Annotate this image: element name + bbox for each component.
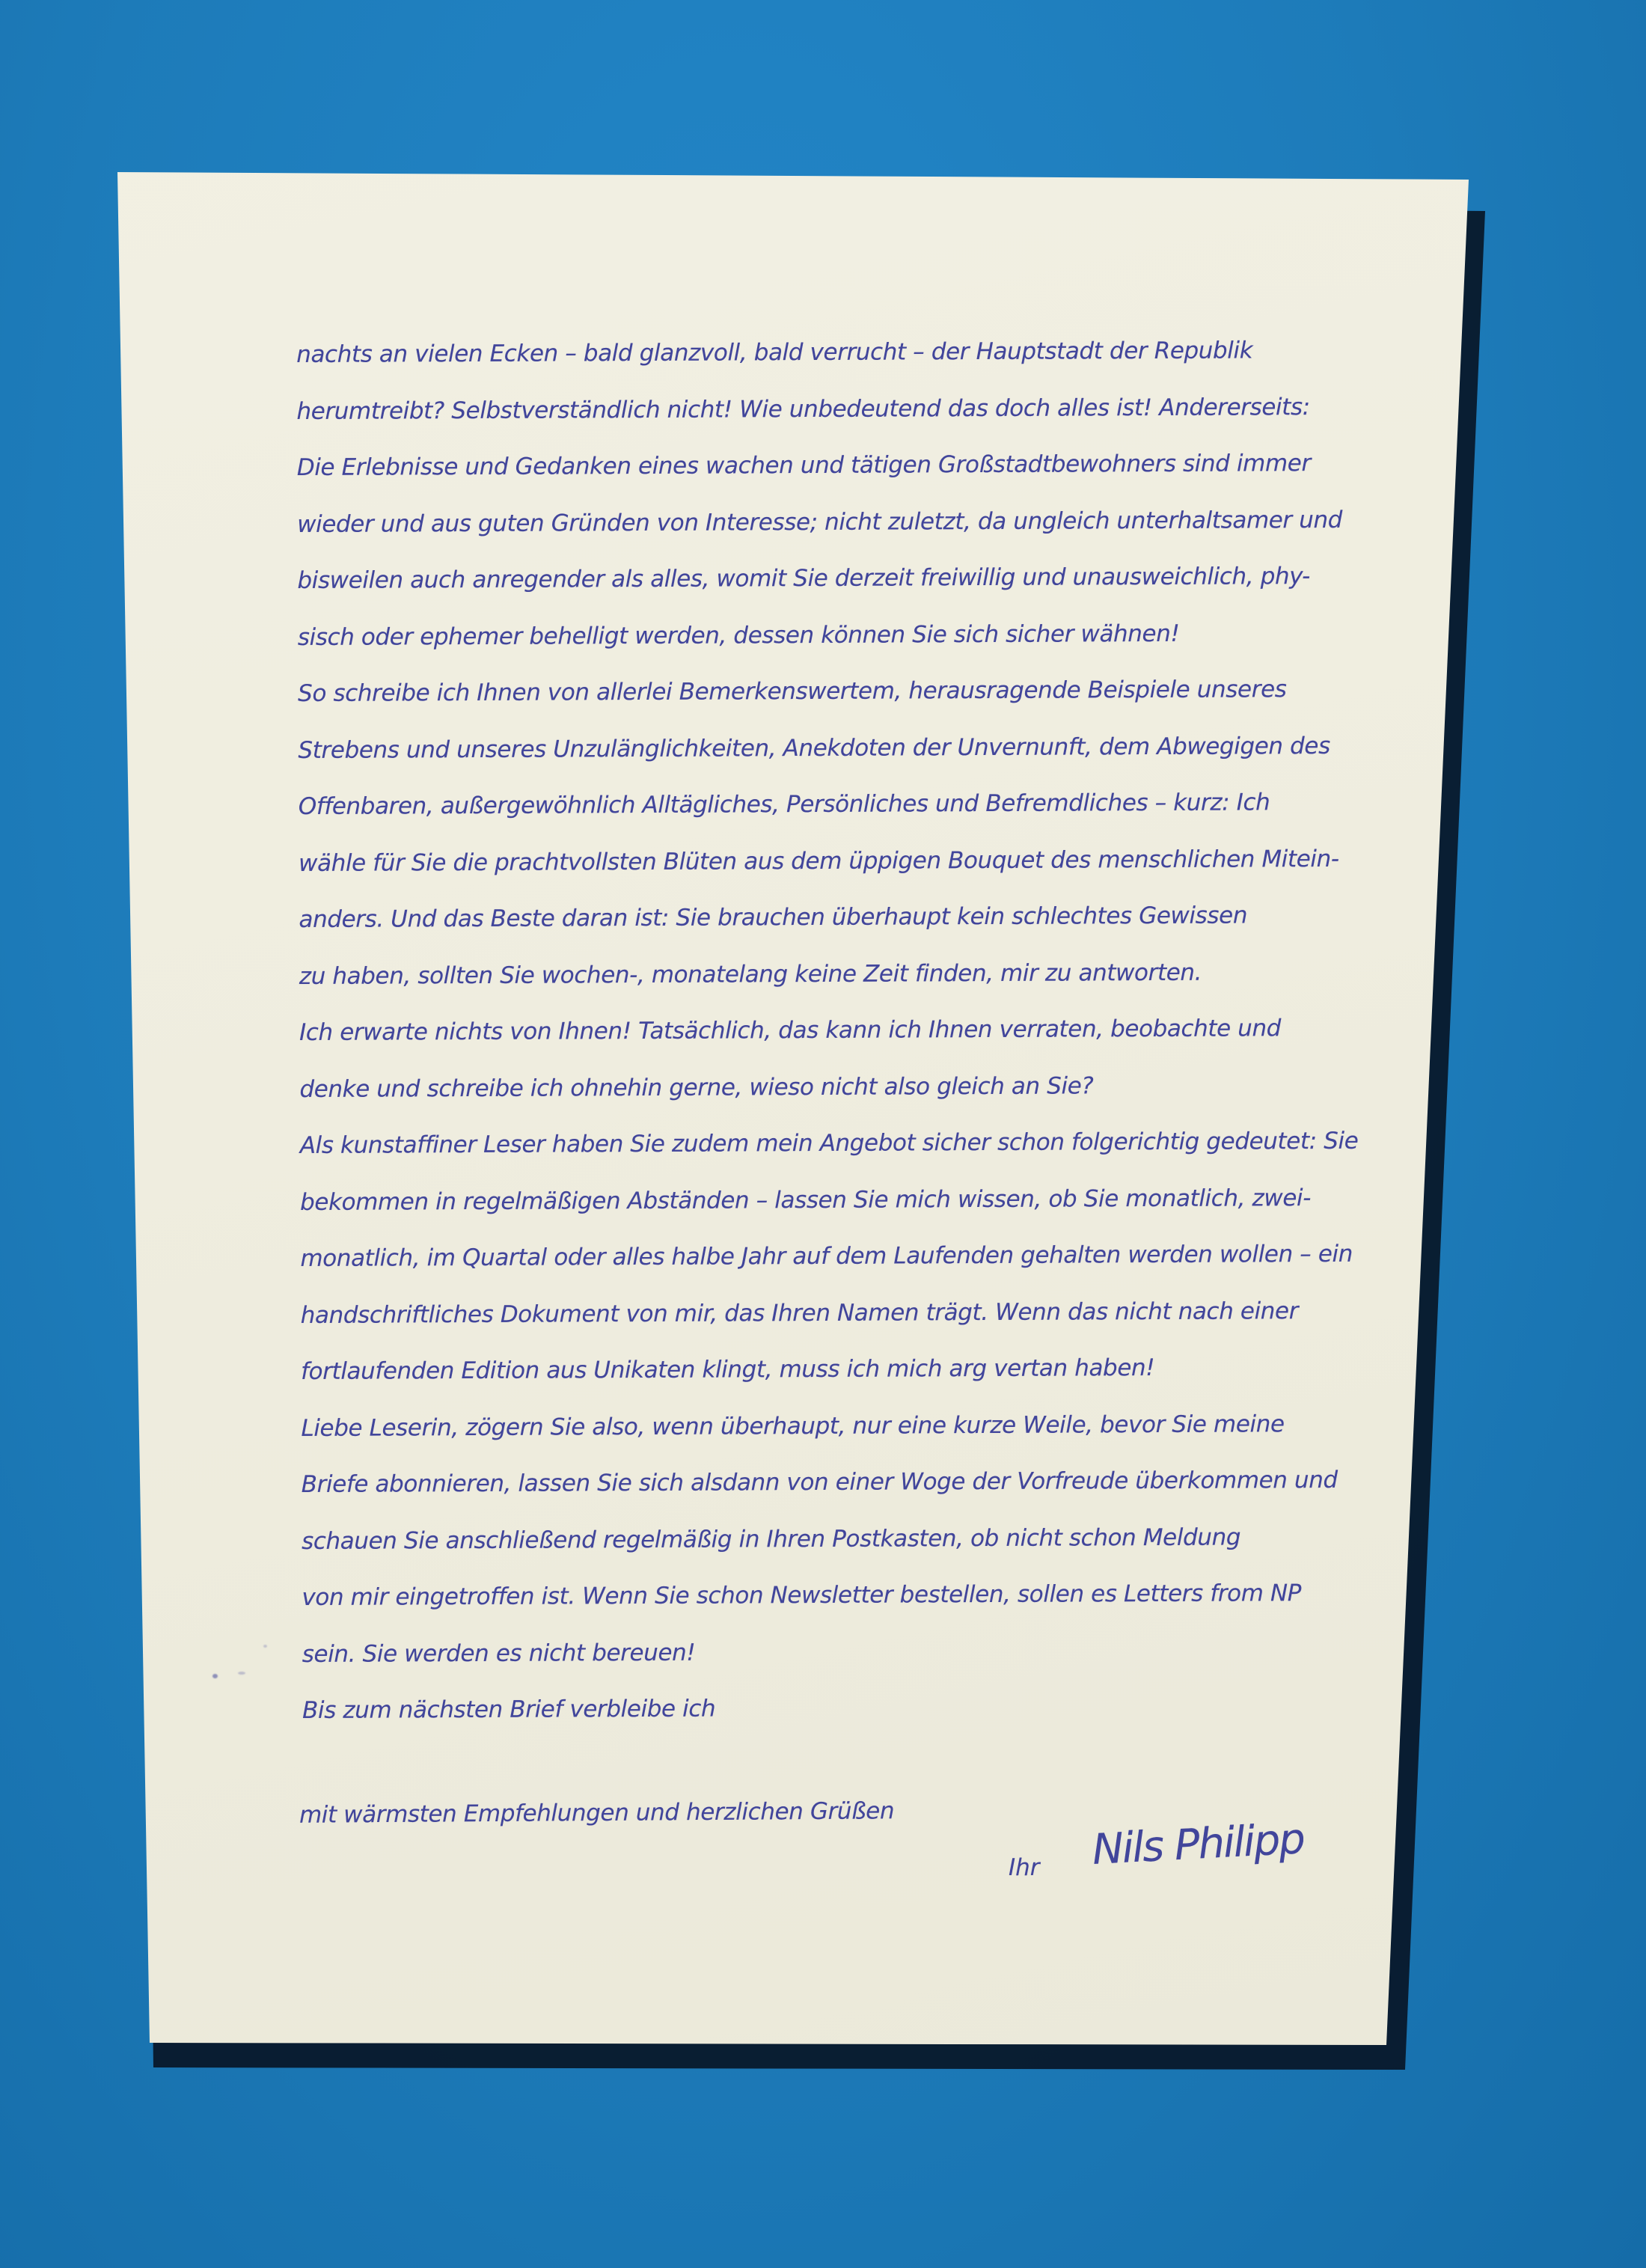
letter-line: Liebe Leserin, zögern Sie also, wenn übe… [301, 1396, 1378, 1457]
letter-line: wieder und aus guten Gründen von Interes… [297, 492, 1374, 553]
letter-line: So schreibe ich Ihnen von allerlei Bemer… [298, 661, 1375, 723]
letter-line: herumtreibt? Selbstverständlich nicht! W… [296, 379, 1374, 440]
letter-line: sisch oder ephemer behelligt werden, des… [298, 605, 1375, 666]
letter-line: Die Erlebnisse und Gedanken eines wachen… [297, 435, 1374, 497]
letter-line: nachts an vielen Ecken – bald glanzvoll,… [296, 323, 1374, 384]
letter-line: Bis zum nächsten Brief verbleibe ich [302, 1678, 1380, 1740]
signature-name: Nils Philipp [1091, 1815, 1305, 1874]
letter-line: Strebens und unseres Unzulänglichkeiten,… [298, 718, 1375, 779]
letter-line: handschriftliches Dokument von mir, das … [301, 1283, 1378, 1344]
letter-line: schauen Sie anschließend regelmäßig in I… [302, 1509, 1379, 1570]
letter-body: nachts an vielen Ecken – bald glanzvoll,… [296, 323, 1380, 1740]
letter-line: Ich erwarte nichts von Ihnen! Tatsächlic… [299, 1000, 1377, 1062]
letter-line: anders. Und das Beste daran ist: Sie bra… [299, 887, 1376, 949]
letter-line: Offenbaren, außergewöhnlich Alltägliches… [299, 774, 1376, 836]
letter-line: von mir eingetroffen ist. Wenn Sie schon… [302, 1565, 1379, 1627]
letter-line: bekommen in regelmäßigen Abständen – las… [300, 1170, 1377, 1231]
signature-block: Ihr Nils Philipp [1009, 1826, 1428, 1960]
letter-line: fortlaufenden Edition aus Unikaten kling… [301, 1339, 1378, 1401]
ink-speck [263, 1645, 267, 1648]
closing-line: mit wärmsten Empfehlungen und herzlichen… [299, 1792, 895, 1834]
letter-line: Als kunstaffiner Leser haben Sie zudem m… [300, 1113, 1377, 1175]
letter-line: zu haben, sollten Sie wochen-, monatelan… [299, 944, 1377, 1005]
letter-line: bisweilen auch anregender als alles, wom… [297, 548, 1374, 610]
photo-background: nachts an vielen Ecken – bald glanzvoll,… [0, 0, 1646, 2268]
ink-speck [238, 1672, 245, 1675]
ink-speck [212, 1674, 218, 1678]
signature-prefix: Ihr [1009, 1854, 1040, 1881]
letter-line: denke und schreibe ich ohnehin gerne, wi… [299, 1057, 1377, 1118]
letter-line: wähle für Sie die prachtvollsten Blüten … [299, 831, 1376, 892]
letter-line: sein. Sie werden es nicht bereuen! [302, 1621, 1380, 1683]
letter-line: monatlich, im Quartal oder alles halbe J… [300, 1226, 1377, 1288]
letter-line: Briefe abonnieren, lassen Sie sich alsda… [302, 1452, 1379, 1514]
